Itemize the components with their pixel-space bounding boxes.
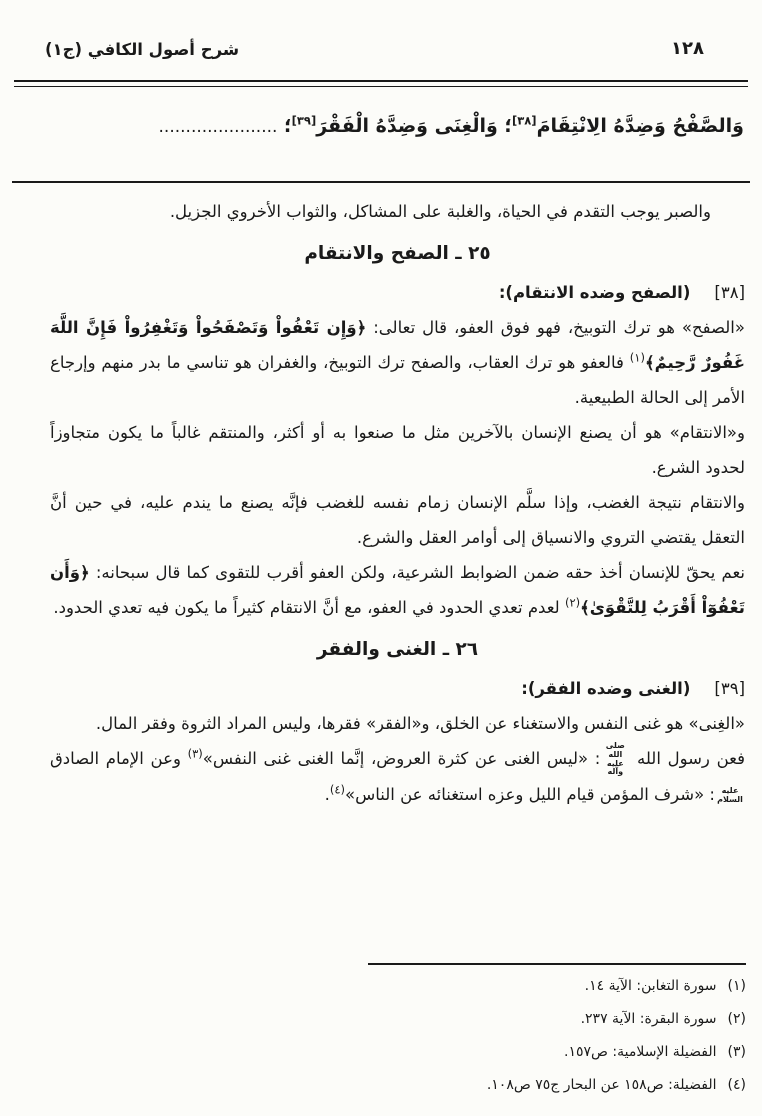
footnote-separator xyxy=(368,963,746,965)
entry-number: [٣٨] xyxy=(714,283,745,302)
page-header: ١٢٨ شرح أصول الكافي (ج١) xyxy=(45,38,704,59)
footnote-number: (١) xyxy=(728,970,746,1003)
entry-label: [٣٨](الصفح وضده الانتقام): xyxy=(50,275,745,310)
body-text: وعن الإمام الصادق xyxy=(50,749,188,768)
body-text: وَالصَّفْحُ وَضِدَّهُ الِانْتِقَامَ xyxy=(537,115,744,137)
body-text: لعدم تعدي الحدود في العفو، مع أنَّ الانت… xyxy=(53,598,565,617)
dot-leader: ...................... xyxy=(159,117,278,137)
section-heading: ٢٥ ـ الصفح والانتقام xyxy=(50,236,745,271)
body-text: ؛ وَالْغِنَى وَضِدَّهُ الْفَقْرَ xyxy=(316,115,512,137)
footnote-ref: (٤) xyxy=(330,783,345,797)
footnote-ref: [٣٨] xyxy=(512,114,537,128)
footnote-text: الفضيلة: ص١٥٨ عن البحار ج٧٥ ص١٠٨. xyxy=(487,1069,717,1102)
paragraph: «الصفح» هو ترك التوبيخ، فهو فوق العفو، ق… xyxy=(50,310,745,415)
entry-title: (الصفح وضده الانتقام): xyxy=(499,283,691,302)
footnote-number: (٣) xyxy=(728,1036,746,1069)
footnote-item: (٤)الفضيلة: ص١٥٨ عن البحار ج٧٥ ص١٠٨. xyxy=(40,1069,746,1102)
book-title: شرح أصول الكافي (ج١) xyxy=(45,40,239,59)
honorific-symbol: صلى الله عليه وآله xyxy=(600,742,630,777)
body-text: و«الانتقام» هو أن يصنع الإنسان بالآخرين … xyxy=(50,423,745,477)
body-text: نعم يحقّ للإنسان أخذ حقه ضمن الضوابط الش… xyxy=(90,563,745,582)
footnote-number: (٢) xyxy=(728,1003,746,1036)
body-text: والصبر يوجب التقدم في الحياة، والغلبة عل… xyxy=(170,202,711,221)
header-rule xyxy=(14,80,748,87)
footnote-text: سورة التغابن: الآية ١٤. xyxy=(585,970,717,1003)
footnote-text: سورة البقرة: الآية ٢٣٧. xyxy=(581,1003,717,1036)
body-text: «الغِنى» هو غنى النفس والاستغناء عن الخل… xyxy=(96,714,745,733)
matn-line: وَالصَّفْحُ وَضِدَّهُ الِانْتِقَامَ[٣٨]؛… xyxy=(50,104,744,149)
paragraph: والانتقام نتيجة الغضب، وإذا سلَّم الإنسا… xyxy=(50,485,745,555)
body-text: «الصفح» هو ترك التوبيخ، فهو فوق العفو، ق… xyxy=(366,318,745,337)
body-text: : «شرف المؤمن قيام الليل وعزه استغنائه ع… xyxy=(345,785,715,804)
entry-label: [٣٩](الغنى وضده الفقر): xyxy=(50,671,745,706)
footnotes-block: (١)سورة التغابن: الآية ١٤.(٢)سورة البقرة… xyxy=(40,963,746,1102)
footnote-ref: [٣٩] xyxy=(292,114,317,128)
body-text: والانتقام نتيجة الغضب، وإذا سلَّم الإنسا… xyxy=(50,493,745,547)
body-text: فعن رسول الله xyxy=(630,749,745,768)
paragraph: والصبر يوجب التقدم في الحياة، والغلبة عل… xyxy=(50,194,745,229)
footnote-text: الفضيلة الإسلامية: ص١٥٧. xyxy=(564,1036,717,1069)
footnote-ref: (٣) xyxy=(188,747,203,761)
page-number: ١٢٨ xyxy=(671,38,704,59)
paragraph: «الغِنى» هو غنى النفس والاستغناء عن الخل… xyxy=(50,706,745,741)
section-heading: ٢٦ ـ الغنى والفقر xyxy=(50,632,745,667)
section-divider-rule xyxy=(12,181,750,183)
book-page: ١٢٨ شرح أصول الكافي (ج١) وَالصَّفْحُ وَض… xyxy=(0,0,762,1116)
footnote-number: (٤) xyxy=(728,1069,746,1102)
paragraph: فعن رسول الله صلى الله عليه وآله: «ليس ا… xyxy=(50,741,745,812)
paragraph: و«الانتقام» هو أن يصنع الإنسان بالآخرين … xyxy=(50,415,745,485)
entry-number: [٣٩] xyxy=(714,679,745,698)
body-text: ؛ xyxy=(277,115,291,137)
footnote-ref: (٢) xyxy=(565,596,580,610)
footnote-list: (١)سورة التغابن: الآية ١٤.(٢)سورة البقرة… xyxy=(40,970,746,1102)
footnote-ref: (١) xyxy=(630,351,645,365)
footnote-item: (٣)الفضيلة الإسلامية: ص١٥٧. xyxy=(40,1036,746,1069)
page-body: والصبر يوجب التقدم في الحياة، والغلبة عل… xyxy=(50,194,745,948)
body-text: : «ليس الغنى عن كثرة العروض، إنَّما الغن… xyxy=(203,749,601,768)
entry-title: (الغنى وضده الفقر): xyxy=(521,679,690,698)
honorific-symbol: عليه السلام xyxy=(715,787,745,805)
footnote-item: (٢)سورة البقرة: الآية ٢٣٧. xyxy=(40,1003,746,1036)
footnote-item: (١)سورة التغابن: الآية ١٤. xyxy=(40,970,746,1003)
paragraph: نعم يحقّ للإنسان أخذ حقه ضمن الضوابط الش… xyxy=(50,555,745,625)
